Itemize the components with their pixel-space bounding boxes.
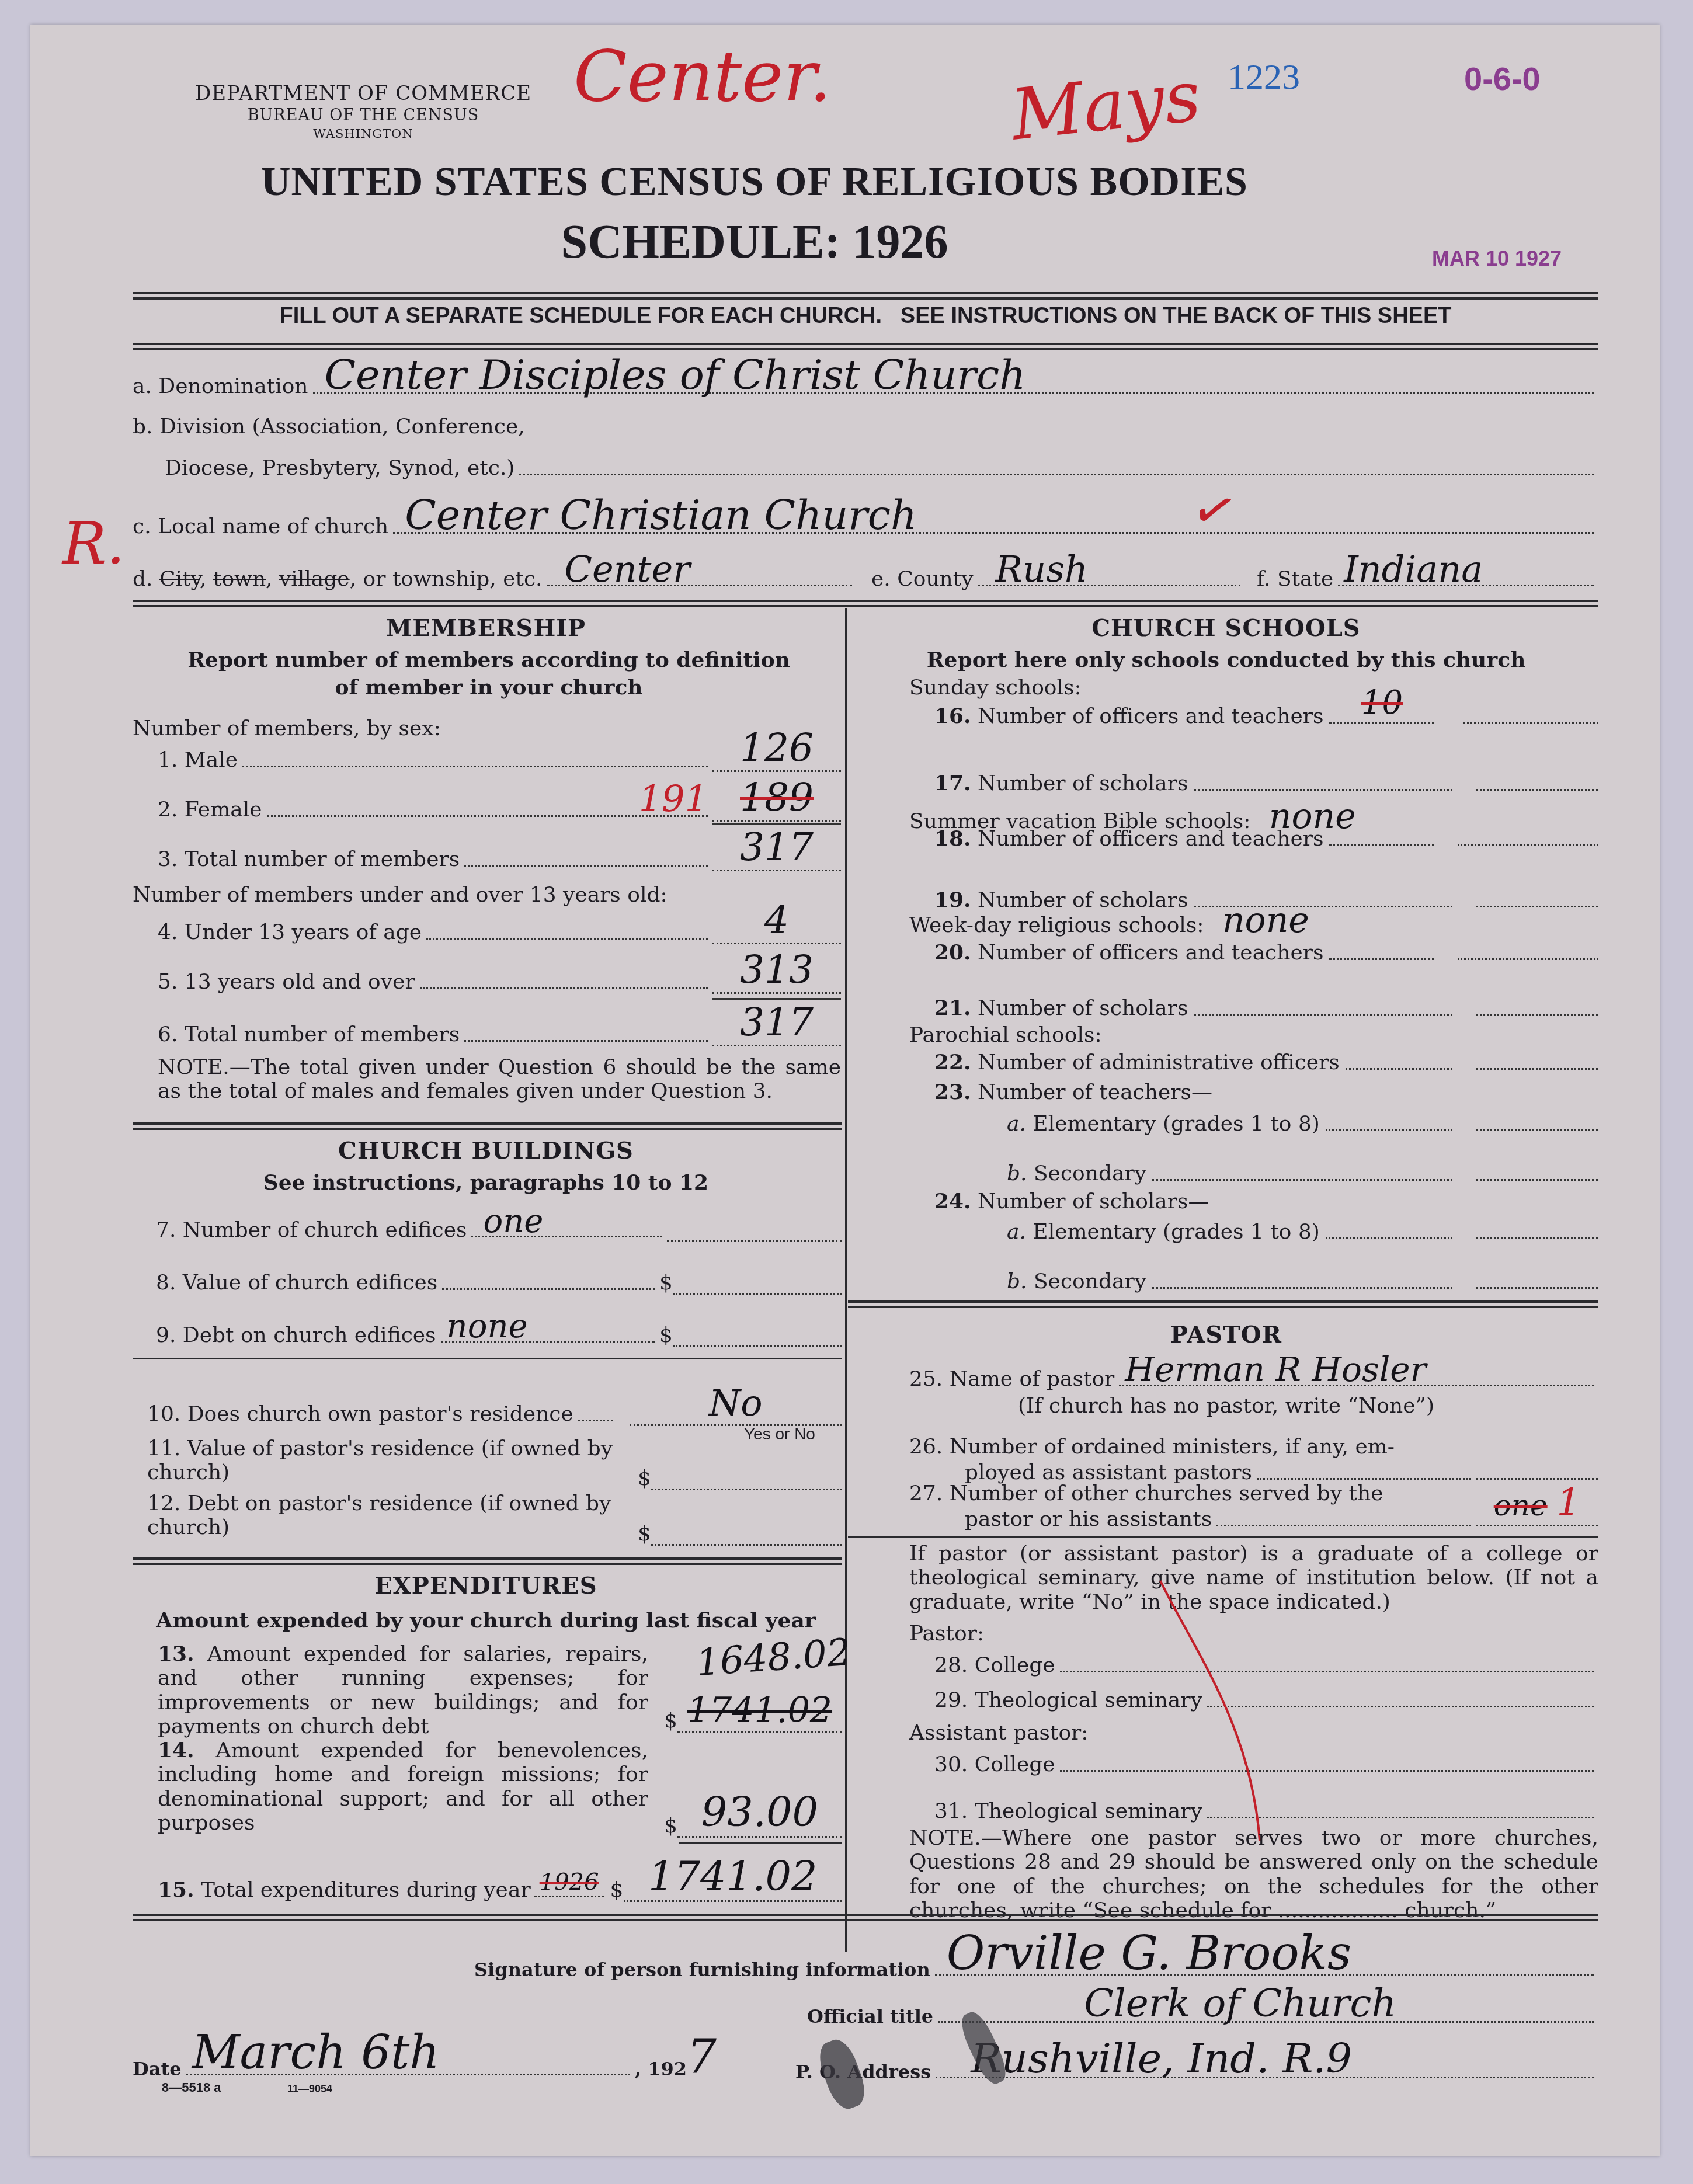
division-label-2: Diocese, Presbytery, Synod, etc.): [133, 456, 514, 480]
address-input[interactable]: Rushville, Ind. R.9: [936, 2077, 1594, 2078]
red-annotation-mays: Mays: [1008, 55, 1205, 156]
instruction-banner: FILL OUT A SEPARATE SCHEDULE FOR EACH CH…: [133, 304, 1598, 329]
print-number: 11—9054: [287, 2083, 332, 2095]
stamp-number: 1223: [1228, 57, 1300, 98]
date-field[interactable]: Date March 6th , 192 7: [133, 2027, 717, 2080]
signature-value: Orville G. Brooks: [947, 1926, 1351, 1980]
yes-no-hint: Yes or No: [744, 1425, 815, 1444]
membership-row-under13[interactable]: 4. Under 13 years of age 4: [158, 903, 841, 944]
edifices-count-input[interactable]: [667, 1240, 842, 1242]
other-churches-value[interactable]: one 1: [1476, 1481, 1598, 1526]
membership-row-over13[interactable]: 5. 13 years old and over 313: [158, 953, 841, 994]
membership-subtitle: Report number of members according to de…: [179, 646, 798, 701]
divider: [133, 1122, 842, 1130]
expenditure-13-label: 13. Amount expended for salaries, repair…: [158, 1642, 648, 1739]
school-row-18[interactable]: 18. Number of officers and teachers: [934, 813, 1598, 851]
residence-value-field[interactable]: $: [638, 1461, 842, 1490]
schedule-year: SCHEDULE: 1926: [182, 214, 1327, 269]
expenditure-14-value[interactable]: 93.00: [677, 1788, 842, 1838]
membership-row-male[interactable]: 1. Male 126: [158, 731, 841, 772]
county-label: e. County: [871, 567, 974, 591]
membership-row-female[interactable]: 2. Female 191 189: [158, 781, 841, 822]
county-value: Rush: [996, 548, 1088, 590]
membership-row-total[interactable]: 3. Total number of members 317: [158, 830, 841, 871]
column-divider: [845, 608, 847, 1952]
division-input[interactable]: [519, 474, 1594, 475]
school-row-20[interactable]: 20. Number of officers and teachers: [934, 927, 1598, 965]
signature-label: Signature of person furnishing informati…: [474, 1959, 930, 1981]
school-row-23a[interactable]: a. Elementary (grades 1 to 8): [1007, 1102, 1598, 1136]
local-name-value: Center Christian Church: [405, 491, 917, 539]
church-schools-title: CHURCH SCHOOLS: [854, 614, 1598, 642]
residence-debt-field[interactable]: $: [638, 1517, 842, 1546]
school-row-21[interactable]: 21. Number of scholars: [934, 982, 1598, 1020]
divider: [133, 1914, 1598, 1921]
date-label: Date: [133, 2058, 182, 2080]
state-input[interactable]: Indiana: [1338, 585, 1594, 586]
sum-line: [679, 1842, 842, 1844]
female-count[interactable]: 189: [712, 775, 841, 822]
township-input[interactable]: Center: [547, 585, 852, 586]
state-value: Indiana: [1344, 548, 1483, 590]
red-annotation-center: Center.: [573, 36, 832, 117]
teachers-elementary-col2[interactable]: [1476, 1129, 1598, 1131]
parochial-admin-officers[interactable]: [1346, 1068, 1452, 1070]
divider: [133, 600, 1598, 607]
date-year-digit[interactable]: 7: [687, 2033, 717, 2080]
divider: [848, 1300, 1598, 1308]
pastor-college-label: 28. College: [934, 1653, 1055, 1677]
document-title: UNITED STATES CENSUS OF RELIGIOUS BODIES: [182, 159, 1327, 206]
buildings-row-edifices[interactable]: 7. Number of church edifices one: [156, 1201, 842, 1242]
school-row-23b[interactable]: b. Secondary: [1007, 1152, 1598, 1185]
residence-debt-label: 12. Debt on pastor's residence (if owned…: [147, 1491, 638, 1540]
sunday-officers-teachers-col2[interactable]: [1463, 722, 1598, 724]
local-name-input[interactable]: Center Christian Church: [393, 532, 1594, 534]
divider: [848, 1536, 1598, 1538]
assistant-college-input[interactable]: [1060, 1770, 1594, 1772]
other-churches-field[interactable]: pastor or his assistants one 1: [965, 1495, 1598, 1531]
expenditure-13-value: 1648.02: [695, 1631, 852, 1685]
divider: [133, 1358, 842, 1359]
pastor-name-input[interactable]: Herman R Hosler: [1119, 1385, 1594, 1386]
school-row-17[interactable]: 17. Number of scholars: [934, 757, 1598, 795]
pastor-name-label: 25. Name of pastor: [909, 1367, 1114, 1391]
red-strike-line-icon: [1157, 1578, 1274, 1846]
edifices-count: one: [483, 1202, 543, 1240]
field-local-name[interactable]: c. Local name of church Center Christian…: [133, 492, 1598, 538]
signature-field[interactable]: Signature of person furnishing informati…: [474, 1934, 1598, 1981]
department-name: DEPARTMENT OF COMMERCE: [135, 82, 591, 105]
summer-officers-teachers-col2[interactable]: [1458, 844, 1598, 846]
margin-mark-r: R.: [62, 509, 125, 578]
divider: [133, 343, 1598, 350]
edifice-debt-value: none: [447, 1307, 528, 1345]
sunday-scholars-col2[interactable]: [1476, 789, 1598, 791]
under-13-count[interactable]: 4: [712, 898, 841, 944]
received-date-stamp: MAR 10 1927: [1432, 246, 1562, 271]
assistant-pastors-input[interactable]: [1476, 1478, 1598, 1480]
agency-city: WASHINGTON: [135, 127, 591, 141]
buildings-row-residence[interactable]: 10. Does church own pastor's residence N…: [147, 1385, 842, 1426]
residence-debt-input[interactable]: [651, 1544, 842, 1546]
over-13-count[interactable]: 313: [712, 947, 841, 994]
official-title-label: Official title: [807, 2005, 933, 2027]
teachers-label: 23. Number of teachers—: [934, 1080, 1212, 1104]
scholars-elementary-col2[interactable]: [1476, 1237, 1598, 1239]
expenditures-subtitle: Amount expended by your church during la…: [133, 1607, 839, 1634]
divider: [133, 1557, 842, 1565]
summer-scholars-col2[interactable]: [1476, 906, 1598, 907]
membership-title: MEMBERSHIP: [133, 614, 839, 642]
total-members-q6[interactable]: 317: [712, 998, 841, 1046]
pastor-name-field[interactable]: 25. Name of pastor Herman R Hosler: [909, 1350, 1598, 1391]
stamp-code: 0-6-0: [1464, 60, 1541, 98]
field-township[interactable]: d. City, town, village, or township, etc…: [133, 544, 857, 591]
teachers-secondary-col2[interactable]: [1476, 1179, 1598, 1181]
signature-input[interactable]: Orville G. Brooks: [935, 1974, 1594, 1976]
pastor-title: PASTOR: [854, 1321, 1598, 1348]
church-buildings-subtitle: See instructions, paragraphs 10 to 12: [133, 1169, 839, 1197]
pastor-name-hint: (If church has no pastor, write “None”): [854, 1394, 1598, 1418]
school-row-22[interactable]: 22. Number of administrative officers: [934, 1041, 1598, 1074]
scholars-elementary[interactable]: [1326, 1237, 1452, 1239]
pastor-note: NOTE.—Where one pastor serves two or mor…: [909, 1826, 1598, 1923]
denomination-input[interactable]: Center Disciples of Christ Church: [313, 392, 1594, 394]
owns-residence-answer[interactable]: No: [630, 1382, 842, 1426]
divider: [133, 292, 1598, 300]
edifice-value-input[interactable]: [673, 1293, 842, 1295]
male-count[interactable]: 126: [712, 725, 841, 772]
pastor-name-value: Herman R Hosler: [1125, 1350, 1426, 1389]
school-row-24b[interactable]: b. Secondary: [1007, 1260, 1598, 1293]
state-label: f. State: [1257, 567, 1333, 591]
form-number: 8—5518 a: [162, 2080, 221, 2095]
total-expenditures[interactable]: 1741.02: [624, 1852, 842, 1902]
edifice-debt-input[interactable]: [673, 1345, 842, 1347]
expenditure-15-field[interactable]: 15. Total expenditures during year 1926 …: [158, 1855, 842, 1902]
total-members-q3[interactable]: 317: [712, 823, 841, 871]
expenditures-title: EXPENDITURES: [133, 1572, 839, 1599]
assistant-college-label: 30. College: [934, 1752, 1055, 1776]
denomination-label: a. Denomination: [133, 374, 308, 398]
expenditure-13-field[interactable]: $ 1741.02: [664, 1692, 842, 1733]
residence-value-input[interactable]: [651, 1489, 842, 1490]
teachers-elementary[interactable]: [1326, 1129, 1452, 1131]
assistant-education-label: Assistant pastor:: [909, 1721, 1088, 1745]
local-name-label: c. Local name of church: [133, 514, 388, 538]
pastor-education-label: Pastor:: [909, 1622, 984, 1646]
address-value: Rushville, Ind. R.9: [971, 2035, 1352, 2082]
header-agency: DEPARTMENT OF COMMERCE BUREAU OF THE CEN…: [135, 82, 591, 141]
field-division[interactable]: Diocese, Presbytery, Synod, etc.): [133, 433, 1598, 480]
buildings-row-debt[interactable]: 9. Debt on church edifices none $: [156, 1306, 842, 1347]
buildings-row-value[interactable]: 8. Value of church edifices $: [156, 1254, 842, 1295]
official-title-field[interactable]: Official title Clerk of Church: [807, 1987, 1598, 2027]
summer-officers-teachers[interactable]: [1329, 844, 1434, 846]
township-value: Center: [565, 548, 690, 590]
date-input[interactable]: March 6th: [186, 2074, 630, 2075]
expenditure-14-label: 14. Amount expended for benevolences, in…: [158, 1738, 648, 1835]
membership-row-total-2[interactable]: 6. Total number of members 317: [158, 1006, 841, 1046]
census-schedule-page: DEPARTMENT OF COMMERCE BUREAU OF THE CEN…: [30, 25, 1660, 2156]
other-churches-correction: 1: [1557, 1481, 1581, 1525]
church-schools-subtitle: Report here only schools conducted by th…: [854, 646, 1598, 674]
scholars-secondary-col2[interactable]: [1476, 1287, 1598, 1289]
sunday-scholars[interactable]: [1194, 789, 1452, 791]
field-denomination[interactable]: a. Denomination Center Disciples of Chri…: [133, 352, 1598, 398]
township-label: d. City, town, village, or township, etc…: [133, 567, 543, 591]
pastor-college-input[interactable]: [1060, 1671, 1594, 1672]
denomination-value: Center Disciples of Christ Church: [325, 351, 1026, 399]
church-buildings-title: CHURCH BUILDINGS: [133, 1137, 839, 1164]
weekday-officers-teachers[interactable]: [1329, 958, 1434, 960]
expenditure-year[interactable]: 1926: [534, 1869, 604, 1897]
official-title-input[interactable]: Clerk of Church: [938, 2021, 1594, 2023]
weekday-officers-teachers-col2[interactable]: [1458, 958, 1598, 960]
assistant-pastors-field[interactable]: ployed as assistant pastors: [965, 1448, 1598, 1484]
teachers-secondary[interactable]: [1152, 1179, 1452, 1181]
sunday-officers-teachers[interactable]: 10: [1329, 684, 1434, 724]
residence-value-label: 11. Value of pastor's residence (if owne…: [147, 1437, 638, 1485]
membership-note: NOTE.—The total given under Question 6 s…: [158, 1055, 841, 1104]
school-row-16[interactable]: 16. Number of officers and teachers 10: [934, 690, 1598, 728]
weekday-scholars[interactable]: [1194, 1014, 1452, 1016]
address-label: P. O. Address: [795, 2061, 931, 2083]
expenditure-13-struck-value[interactable]: 1741.02: [677, 1690, 842, 1733]
field-state[interactable]: f. State Indiana: [1257, 544, 1598, 591]
field-county[interactable]: e. County Rush: [871, 544, 1245, 591]
address-field[interactable]: P. O. Address Rushville, Ind. R.9: [795, 2036, 1598, 2083]
school-row-24a[interactable]: a. Elementary (grades 1 to 8): [1007, 1210, 1598, 1244]
official-title-value: Clerk of Church: [1084, 1981, 1396, 2026]
parochial-admin-officers-col2[interactable]: [1476, 1068, 1598, 1070]
date-value: March 6th: [192, 2025, 440, 2079]
scholars-secondary[interactable]: [1152, 1287, 1452, 1289]
bureau-name: BUREAU OF THE CENSUS: [135, 106, 591, 124]
expenditure-14-field[interactable]: $ 93.00: [664, 1791, 842, 1838]
female-count-correction: 191: [639, 777, 708, 820]
weekday-scholars-col2[interactable]: [1476, 1014, 1598, 1016]
county-input[interactable]: Rush: [978, 585, 1240, 586]
